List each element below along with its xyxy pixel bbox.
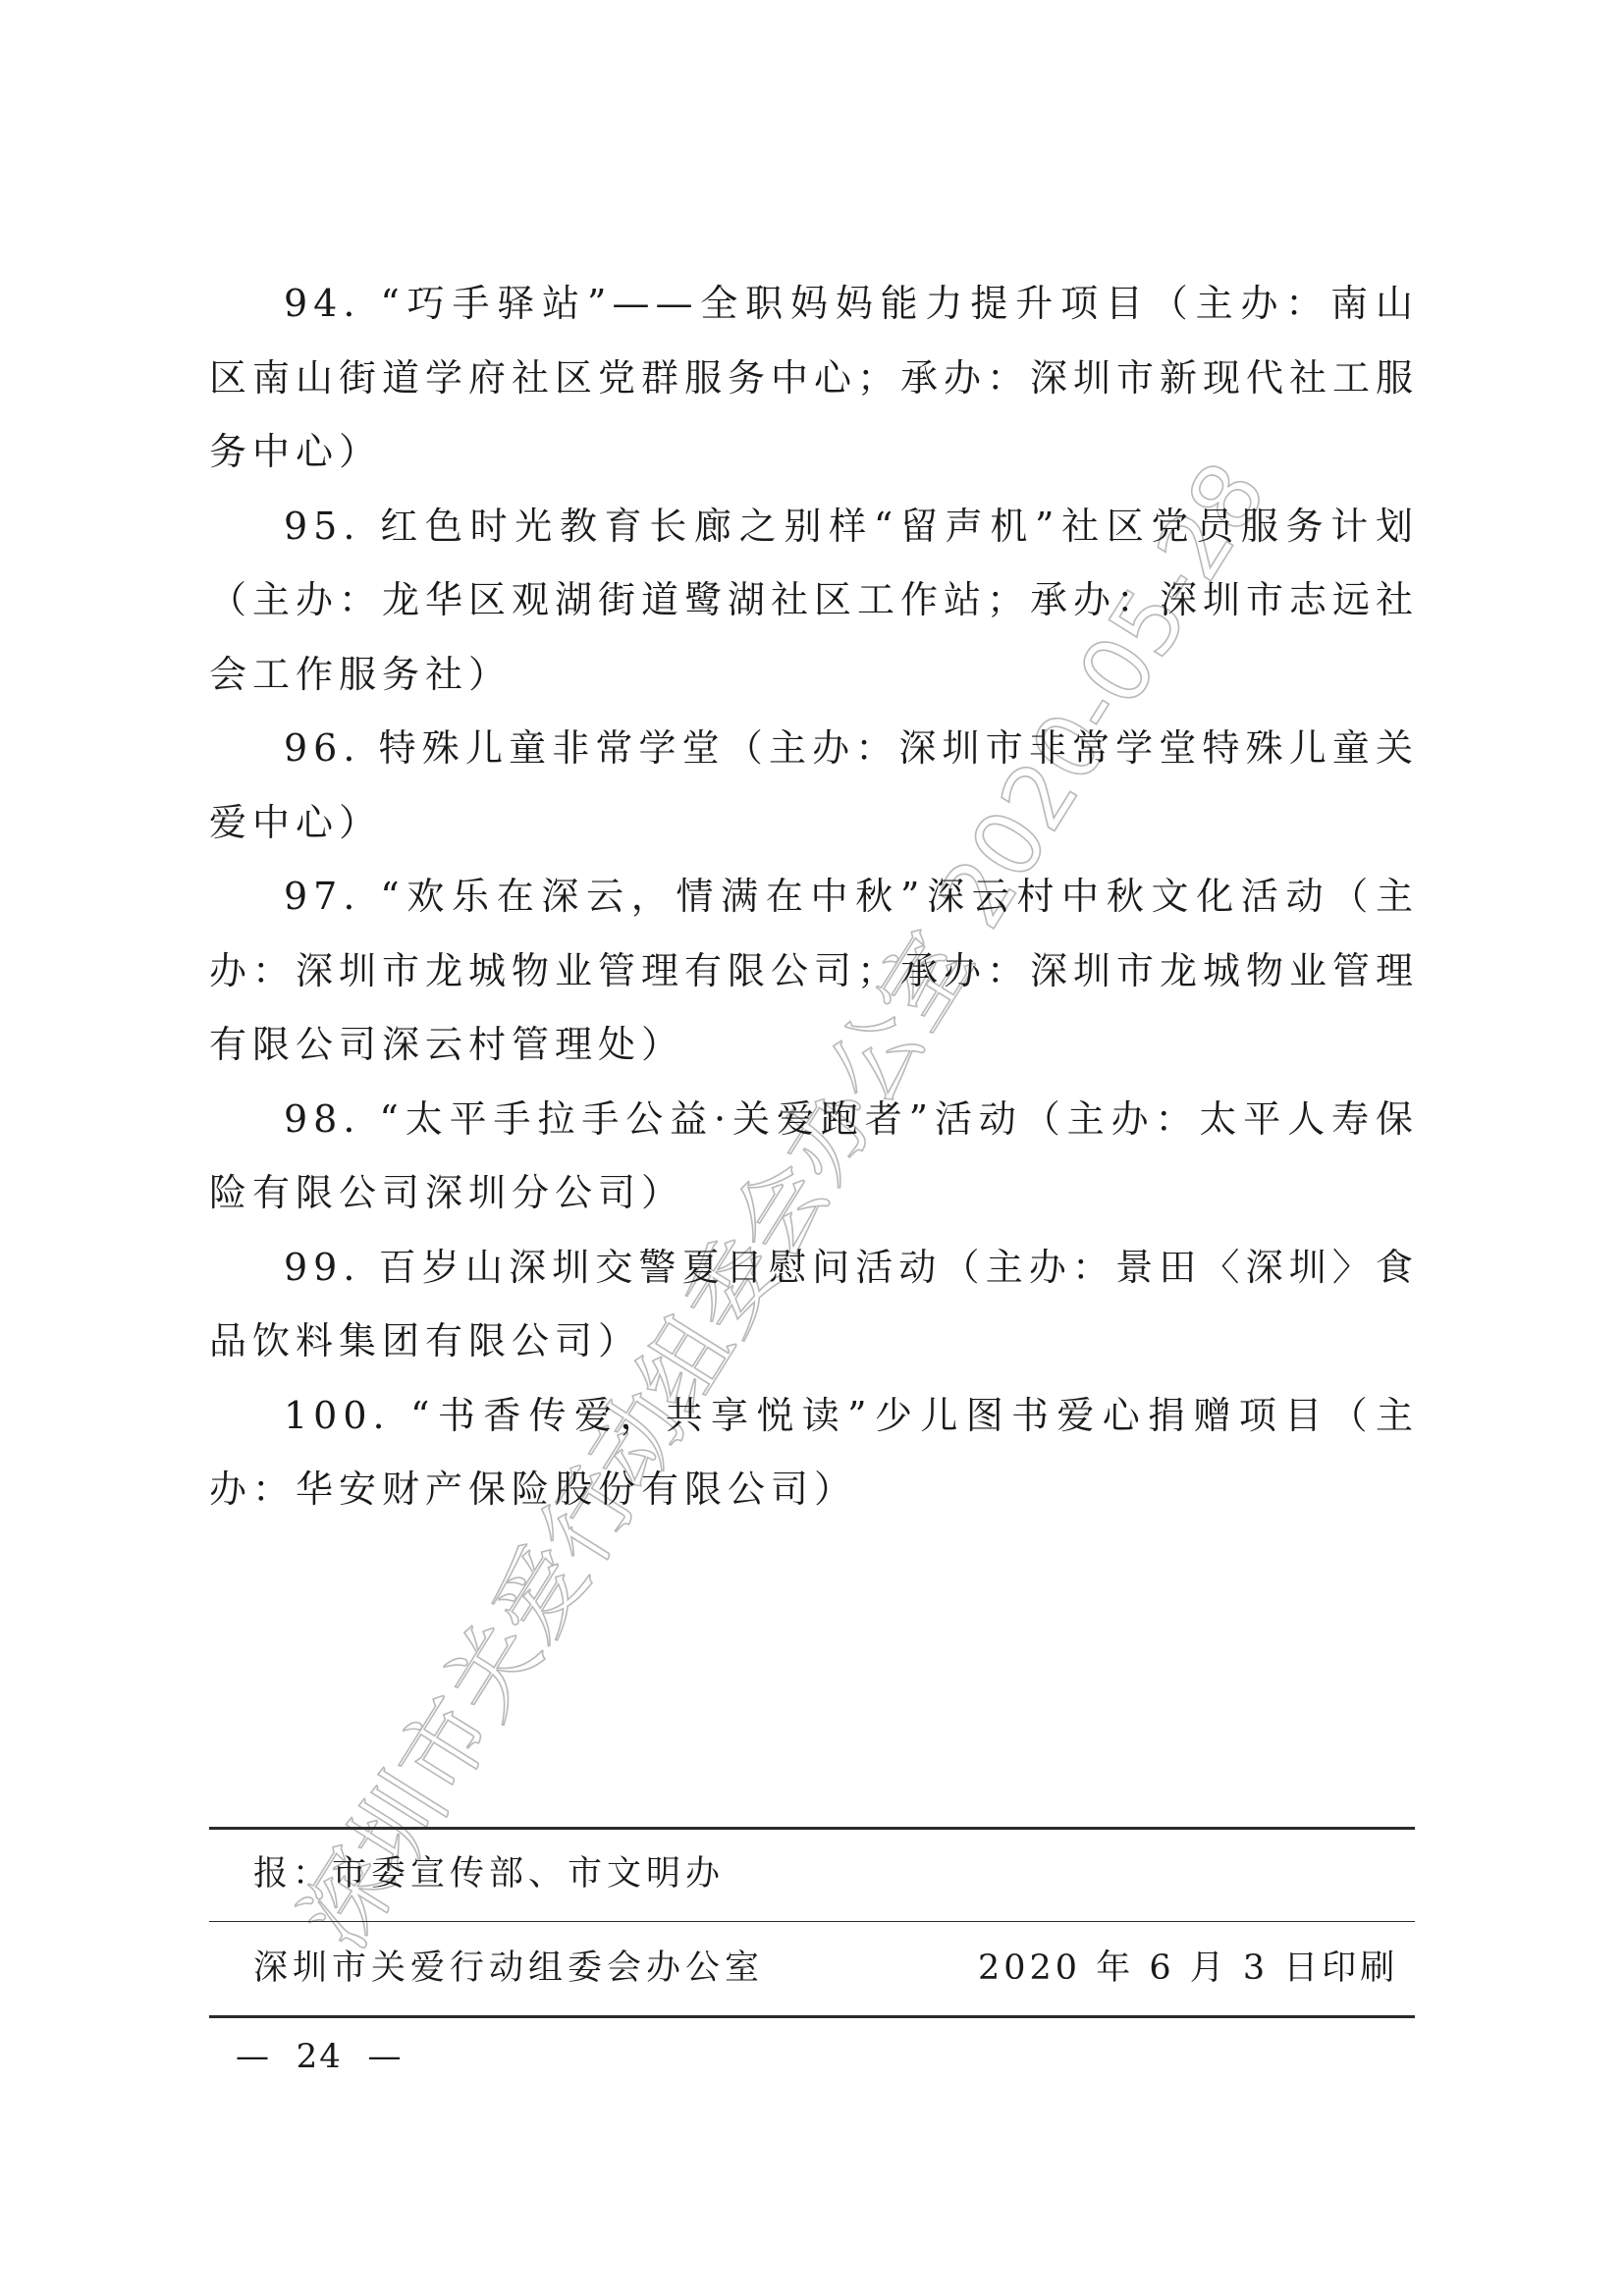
footer-bottom-rule bbox=[209, 2015, 1415, 2018]
print-date: 2020 年 6 月 3 日印刷 bbox=[978, 1944, 1398, 1993]
document-page: 深圳市关爱行动组委会办公室 2020-05-28 94. “巧手驿站”——全职妈… bbox=[0, 0, 1624, 2296]
page-number: — 24 — bbox=[236, 2032, 404, 2081]
issuing-office: 深圳市关爱行动组委会办公室 bbox=[253, 1944, 764, 1993]
list-item-94: 94. “巧手驿站”——全职妈妈能力提升项目（主办：南山区南山街道学府社区党群服… bbox=[209, 267, 1419, 490]
list-item-95: 95. 红色时光教育长廊之别样“留声机”社区党员服务计划（主办：龙华区观湖街道鹭… bbox=[209, 490, 1419, 713]
list-item-98: 98. “太平手拉手公益·关爱跑者”活动（主办：太平人寿保险有限公司深圳分公司） bbox=[209, 1083, 1419, 1231]
list-item-96: 96. 特殊儿童非常学堂（主办：深圳市非常学堂特殊儿童关爱中心） bbox=[209, 712, 1419, 860]
list-item-97: 97. “欢乐在深云，情满在中秋”深云村中秋文化活动（主办：深圳市龙城物业管理有… bbox=[209, 860, 1419, 1083]
list-item-99: 99. 百岁山深圳交警夏日慰问活动（主办：景田〈深圳〉食品饮料集团有限公司） bbox=[209, 1231, 1419, 1379]
footer-middle-rule bbox=[209, 1921, 1415, 1922]
project-list: 94. “巧手驿站”——全职妈妈能力提升项目（主办：南山区南山街道学府社区党群服… bbox=[209, 267, 1419, 1527]
list-item-100: 100. “书香传爱，共享悦读”少儿图书爱心捐赠项目（主办：华安财产保险股份有限… bbox=[209, 1379, 1419, 1527]
report-to-line: 报：市委宣传部、市文明办 bbox=[253, 1849, 725, 1898]
footer-top-rule bbox=[209, 1827, 1415, 1830]
